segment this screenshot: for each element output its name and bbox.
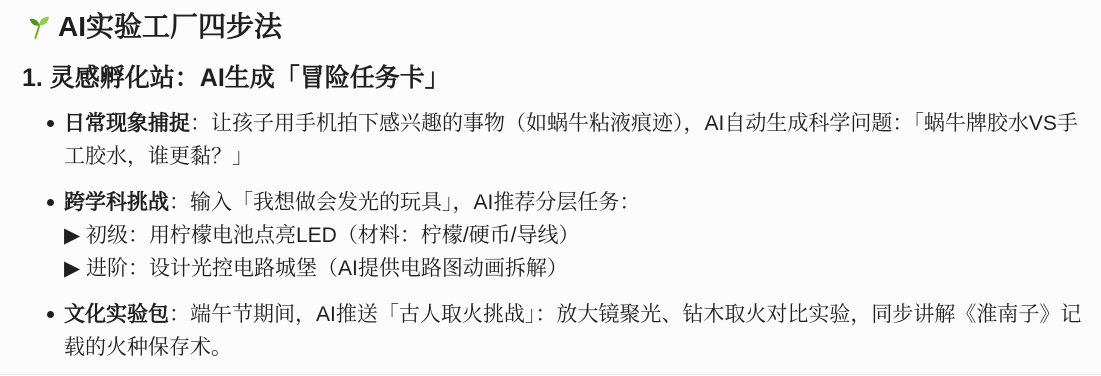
page-title: AI实验工厂四步法 [26, 9, 1101, 45]
section-heading: 1. 灵感孵化站：AI生成「冒险任务卡」 [22, 62, 1101, 94]
bullet-body: ：输入「我想做会发光的玩具」，AI推荐分层任务： [169, 191, 640, 214]
bullet-text: 跨学科挑战：输入「我想做会发光的玩具」，AI推荐分层任务： [64, 186, 1084, 219]
bullet-label: 日常现象捕捉 [64, 112, 190, 135]
bullet-text: 日常现象捕捉：让孩子用手机拍下感兴趣的事物（如蜗牛粘液痕迹），AI自动生成科学问… [64, 107, 1084, 173]
bullet-list: 日常现象捕捉：让孩子用手机拍下感兴趣的事物（如蜗牛粘液痕迹），AI自动生成科学问… [0, 107, 1101, 364]
bullet-text: 文化实验包：端午节期间，AI推送「古人取火挑战」：放大镜聚光、钻木取火对比实验，… [64, 298, 1084, 364]
sub-item-beginner: ▶ 初级：用柠檬电池点亮LED（材料：柠檬/硬币/导线） [64, 219, 1084, 252]
bullet-body: ：端午节期间，AI推送「古人取火挑战」：放大镜聚光、钻木取火对比实验，同步讲解《… [64, 303, 1081, 359]
bullet-label: 文化实验包 [64, 303, 169, 326]
sub-item-advanced: ▶ 进阶：设计光控电路城堡（AI提供电路图动画拆解） [64, 252, 1084, 285]
bottom-divider [0, 374, 1101, 375]
bullet-label: 跨学科挑战 [64, 191, 169, 214]
list-item-cross-discipline: 跨学科挑战：输入「我想做会发光的玩具」，AI推荐分层任务： ▶ 初级：用柠檬电池… [64, 186, 1084, 285]
list-item-culture-pack: 文化实验包：端午节期间，AI推送「古人取火挑战」：放大镜聚光、钻木取火对比实验，… [64, 298, 1084, 364]
list-item-daily-capture: 日常现象捕捉：让孩子用手机拍下感兴趣的事物（如蜗牛粘液痕迹），AI自动生成科学问… [64, 107, 1084, 173]
bullet-body: ：让孩子用手机拍下感兴趣的事物（如蜗牛粘液痕迹），AI自动生成科学问题：「蜗牛牌… [64, 112, 1078, 168]
page-title-text: AI实验工厂四步法 [58, 9, 282, 45]
document: AI实验工厂四步法 1. 灵感孵化站：AI生成「冒险任务卡」 日常现象捕捉：让孩… [0, 9, 1101, 364]
seedling-icon [26, 15, 51, 40]
